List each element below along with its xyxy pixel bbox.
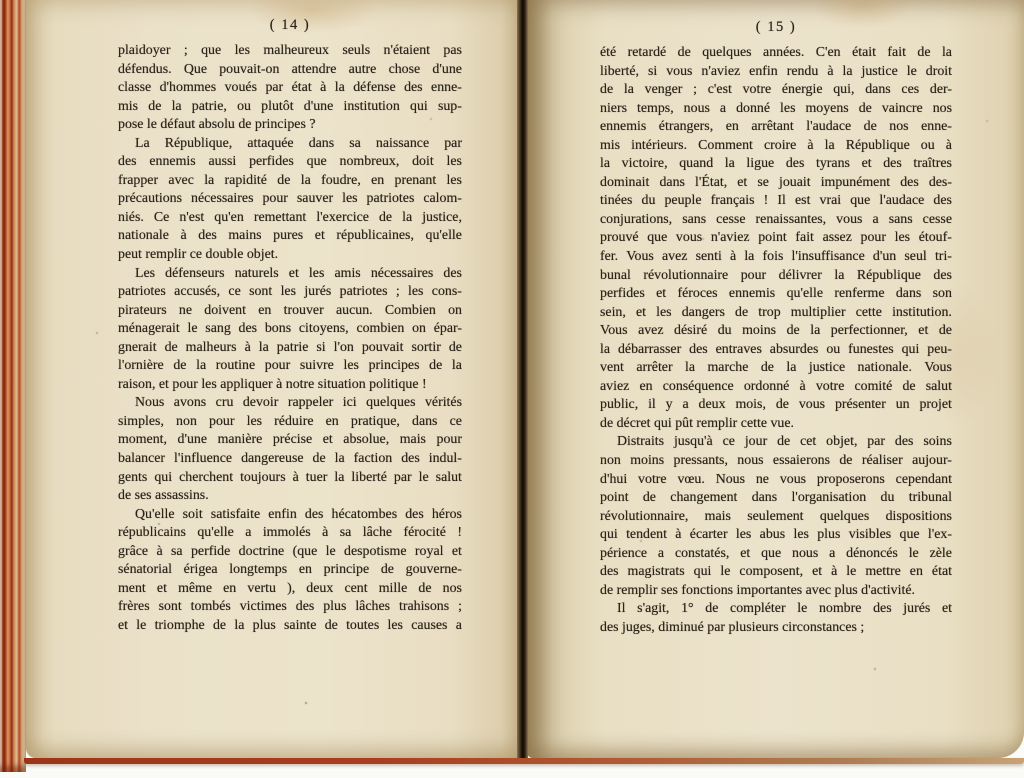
right-page-text: ( 15 ) étéretardédequelquesannées.C'enét… xyxy=(600,18,952,638)
text-line: Distraitsjusqu'àcejourdecetobjet,pardess… xyxy=(600,433,952,452)
text-line: quitendentàécarterlesabuslesplusvisibles… xyxy=(600,526,952,545)
text-line: ennemisétrangers,enarrêtantl'audacedenos… xyxy=(600,118,952,137)
page-number-left: ( 14 ) xyxy=(118,16,462,38)
book-bottom-edge xyxy=(24,758,1024,764)
text-line: sein,etlesdangersdetropmultipliercettein… xyxy=(600,304,952,323)
text-line: prouvéquevousn'aviezpointfaitassezpourle… xyxy=(600,229,952,248)
text-line: perfidesetférocesennemisqu'ellerenfermed… xyxy=(600,285,952,304)
text-line: Vousavezdésirédumoinsdelaperfectionner,e… xyxy=(600,322,952,341)
text-line: raison, et pour les appliquer à notre si… xyxy=(118,376,462,395)
text-line: sénatorialérigealongtempsenprincipedegou… xyxy=(118,561,462,580)
text-line: de remplir ses fonctions importantes ave… xyxy=(600,582,952,601)
text-line: balancerl'influencedangereusedelafaction… xyxy=(118,450,462,469)
text-line: défendus.Quepouvait-onattendreautrechose… xyxy=(118,61,462,80)
text-line: bunalrévolutionnairepourdélivrerlaRépubl… xyxy=(600,267,952,286)
paragraph: Qu'ellesoitsatisfaiteenfindeshécatombesd… xyxy=(118,506,462,636)
text-line: d'huivotrevœu.Nousnevousproposeronscepen… xyxy=(600,471,952,490)
text-line: fer.Vousavezsentiàlafoisl'insuffisanced'… xyxy=(600,248,952,267)
text-line: périenceaconstatés,etquenousadénoncéslez… xyxy=(600,545,952,564)
paragraph: Distraitsjusqu'àcejourdecetobjet,pardess… xyxy=(600,433,952,600)
text-line: Nousavonscrudevoirrappelericiquelquesvér… xyxy=(118,394,462,413)
paragraph: Nousavonscrudevoirrappelericiquelquesvér… xyxy=(118,394,462,505)
text-line: ladébarrasserdesentravesabsurdesoufunest… xyxy=(600,341,952,360)
text-line: pose le défaut absolu de principes ? xyxy=(118,116,462,135)
text-line: frèressonttombésvictimesdespluslâchestra… xyxy=(118,598,462,617)
text-line: misintérieurs.CommentcroireàlaRépublique… xyxy=(600,137,952,156)
text-line: dominaitdansl'État,etsejouaitimpunémentd… xyxy=(600,174,952,193)
text-line: LaRépublique,attaquéedanssanaissancepar xyxy=(118,135,462,154)
text-line: simples,nonpourlesréduireenpratique,dans… xyxy=(118,413,462,432)
paragraph: plaidoyer;quelesmalheureuxseulsn'étaient… xyxy=(118,42,462,135)
text-line: pointdechangementdansl'organisationdutri… xyxy=(600,489,952,508)
left-page-text: ( 14 ) plaidoyer;quelesmalheureuxseulsn'… xyxy=(118,16,462,636)
book-scan: ( 14 ) plaidoyer;quelesmalheureuxseulsn'… xyxy=(0,0,1024,778)
text-line: grâceàsaperfidedoctrine(queledespotismer… xyxy=(118,543,462,562)
text-line: pirateursnedoivententrouveraucun.Combien… xyxy=(118,302,462,321)
text-line: nationaleàdesmainspuresetrépublicaines,q… xyxy=(118,227,462,246)
text-line: plaidoyer;quelesmalheureuxseulsn'étaient… xyxy=(118,42,462,61)
book-spine-edge xyxy=(0,0,26,772)
text-line: de décret qui pût remplir cette vue. xyxy=(600,415,952,434)
text-line: desmagistratsquilecomposent,etàlemettree… xyxy=(600,563,952,582)
page-number-right: ( 15 ) xyxy=(600,18,952,40)
text-line: mentetmêmeenvertu),deuxcentmilledenos xyxy=(118,580,462,599)
text-line: classed'hommesvouésparétatàladéfensedese… xyxy=(118,79,462,98)
paragraph: Lesdéfenseursnaturelsetlesamisnécessaire… xyxy=(118,265,462,395)
text-line: patriotesaccusés,cesontlesjuréspatriotes… xyxy=(118,283,462,302)
paragraph: LaRépublique,attaquéedanssanaissancepard… xyxy=(118,135,462,265)
text-line: gneraitdemalheursàlapatriesil'onpouvaits… xyxy=(118,339,462,358)
text-line: niés.Cen'estqu'enremettantl'exercicedela… xyxy=(118,209,462,228)
left-page-body: plaidoyer;quelesmalheureuxseulsn'étaient… xyxy=(118,42,462,636)
text-line: delavenger;c'estvotreénergiequi,danscesd… xyxy=(600,81,952,100)
text-line: gentsquicherchenttoujoursàtuerlalibertép… xyxy=(118,469,462,488)
text-line: tinéesdupeuplefrançais!Ilestvraiquel'aud… xyxy=(600,192,952,211)
text-line: desennemisaussiperfidesquenombreux,doitl… xyxy=(118,153,462,172)
text-line: l'ornièredelaroutinepoursuivrelesprincip… xyxy=(118,357,462,376)
text-line: révolutionnaire,maisseulementquelquesdis… xyxy=(600,508,952,527)
text-line: public,ilyadeuxmois,devousprésenterunpro… xyxy=(600,396,952,415)
paragraph: Ils'agit,1°decompléterlenombredesjuréset… xyxy=(600,600,952,637)
text-line: conjurations,sanscesserenaissantes,vousa… xyxy=(600,211,952,230)
text-line: Lesdéfenseursnaturelsetlesamisnécessaire… xyxy=(118,265,462,284)
text-line: lavictoire,quandlaliguedestyransetdestra… xyxy=(600,155,952,174)
text-line: etletriomphedelaplussaintedetouteslescau… xyxy=(118,617,462,636)
text-line: moment,d'unemanièrepréciseetabsolue,mais… xyxy=(118,431,462,450)
text-line: aviezenconséquenceordonnéàvotrecomitédes… xyxy=(600,378,952,397)
text-line: Ils'agit,1°decompléterlenombredesjuréset xyxy=(600,600,952,619)
paragraph: étéretardédequelquesannées.C'enétaitfait… xyxy=(600,44,952,433)
text-line: ventarrêterlamarchedelajusticenationale.… xyxy=(600,359,952,378)
text-line: précautionsnécessairespoursauverlespatri… xyxy=(118,190,462,209)
paper-specks xyxy=(0,0,2,2)
text-line: étéretardédequelquesannées.C'enétaitfait… xyxy=(600,44,952,63)
text-line: Qu'ellesoitsatisfaiteenfindeshécatombesd… xyxy=(118,506,462,525)
text-line: républicainsqu'elleaimmolésàsalâcheféroc… xyxy=(118,524,462,543)
text-line: liberté,sivousn'aviezenfinrenduàlajustic… xyxy=(600,63,952,82)
text-line: frapperaveclarapiditédelafoudre,enprenan… xyxy=(118,172,462,191)
text-line: misdelapatrie,ouplutôtd'uneinstitutionqu… xyxy=(118,98,462,117)
text-line: ménageraitlesangdesbonscitoyens,combieno… xyxy=(118,320,462,339)
text-line: peut remplir ce double objet. xyxy=(118,246,462,265)
text-line: nonmoinspressants,nousessaieronsderéalis… xyxy=(600,452,952,471)
binding-gutter xyxy=(517,0,528,758)
text-line: de ses assassins. xyxy=(118,487,462,506)
right-page-body: étéretardédequelquesannées.C'enétaitfait… xyxy=(600,44,952,638)
text-line: des juges, diminué par plusieurs circons… xyxy=(600,619,952,638)
text-line: nierstemps,nousadonnélesmoyensdevaincren… xyxy=(600,100,952,119)
